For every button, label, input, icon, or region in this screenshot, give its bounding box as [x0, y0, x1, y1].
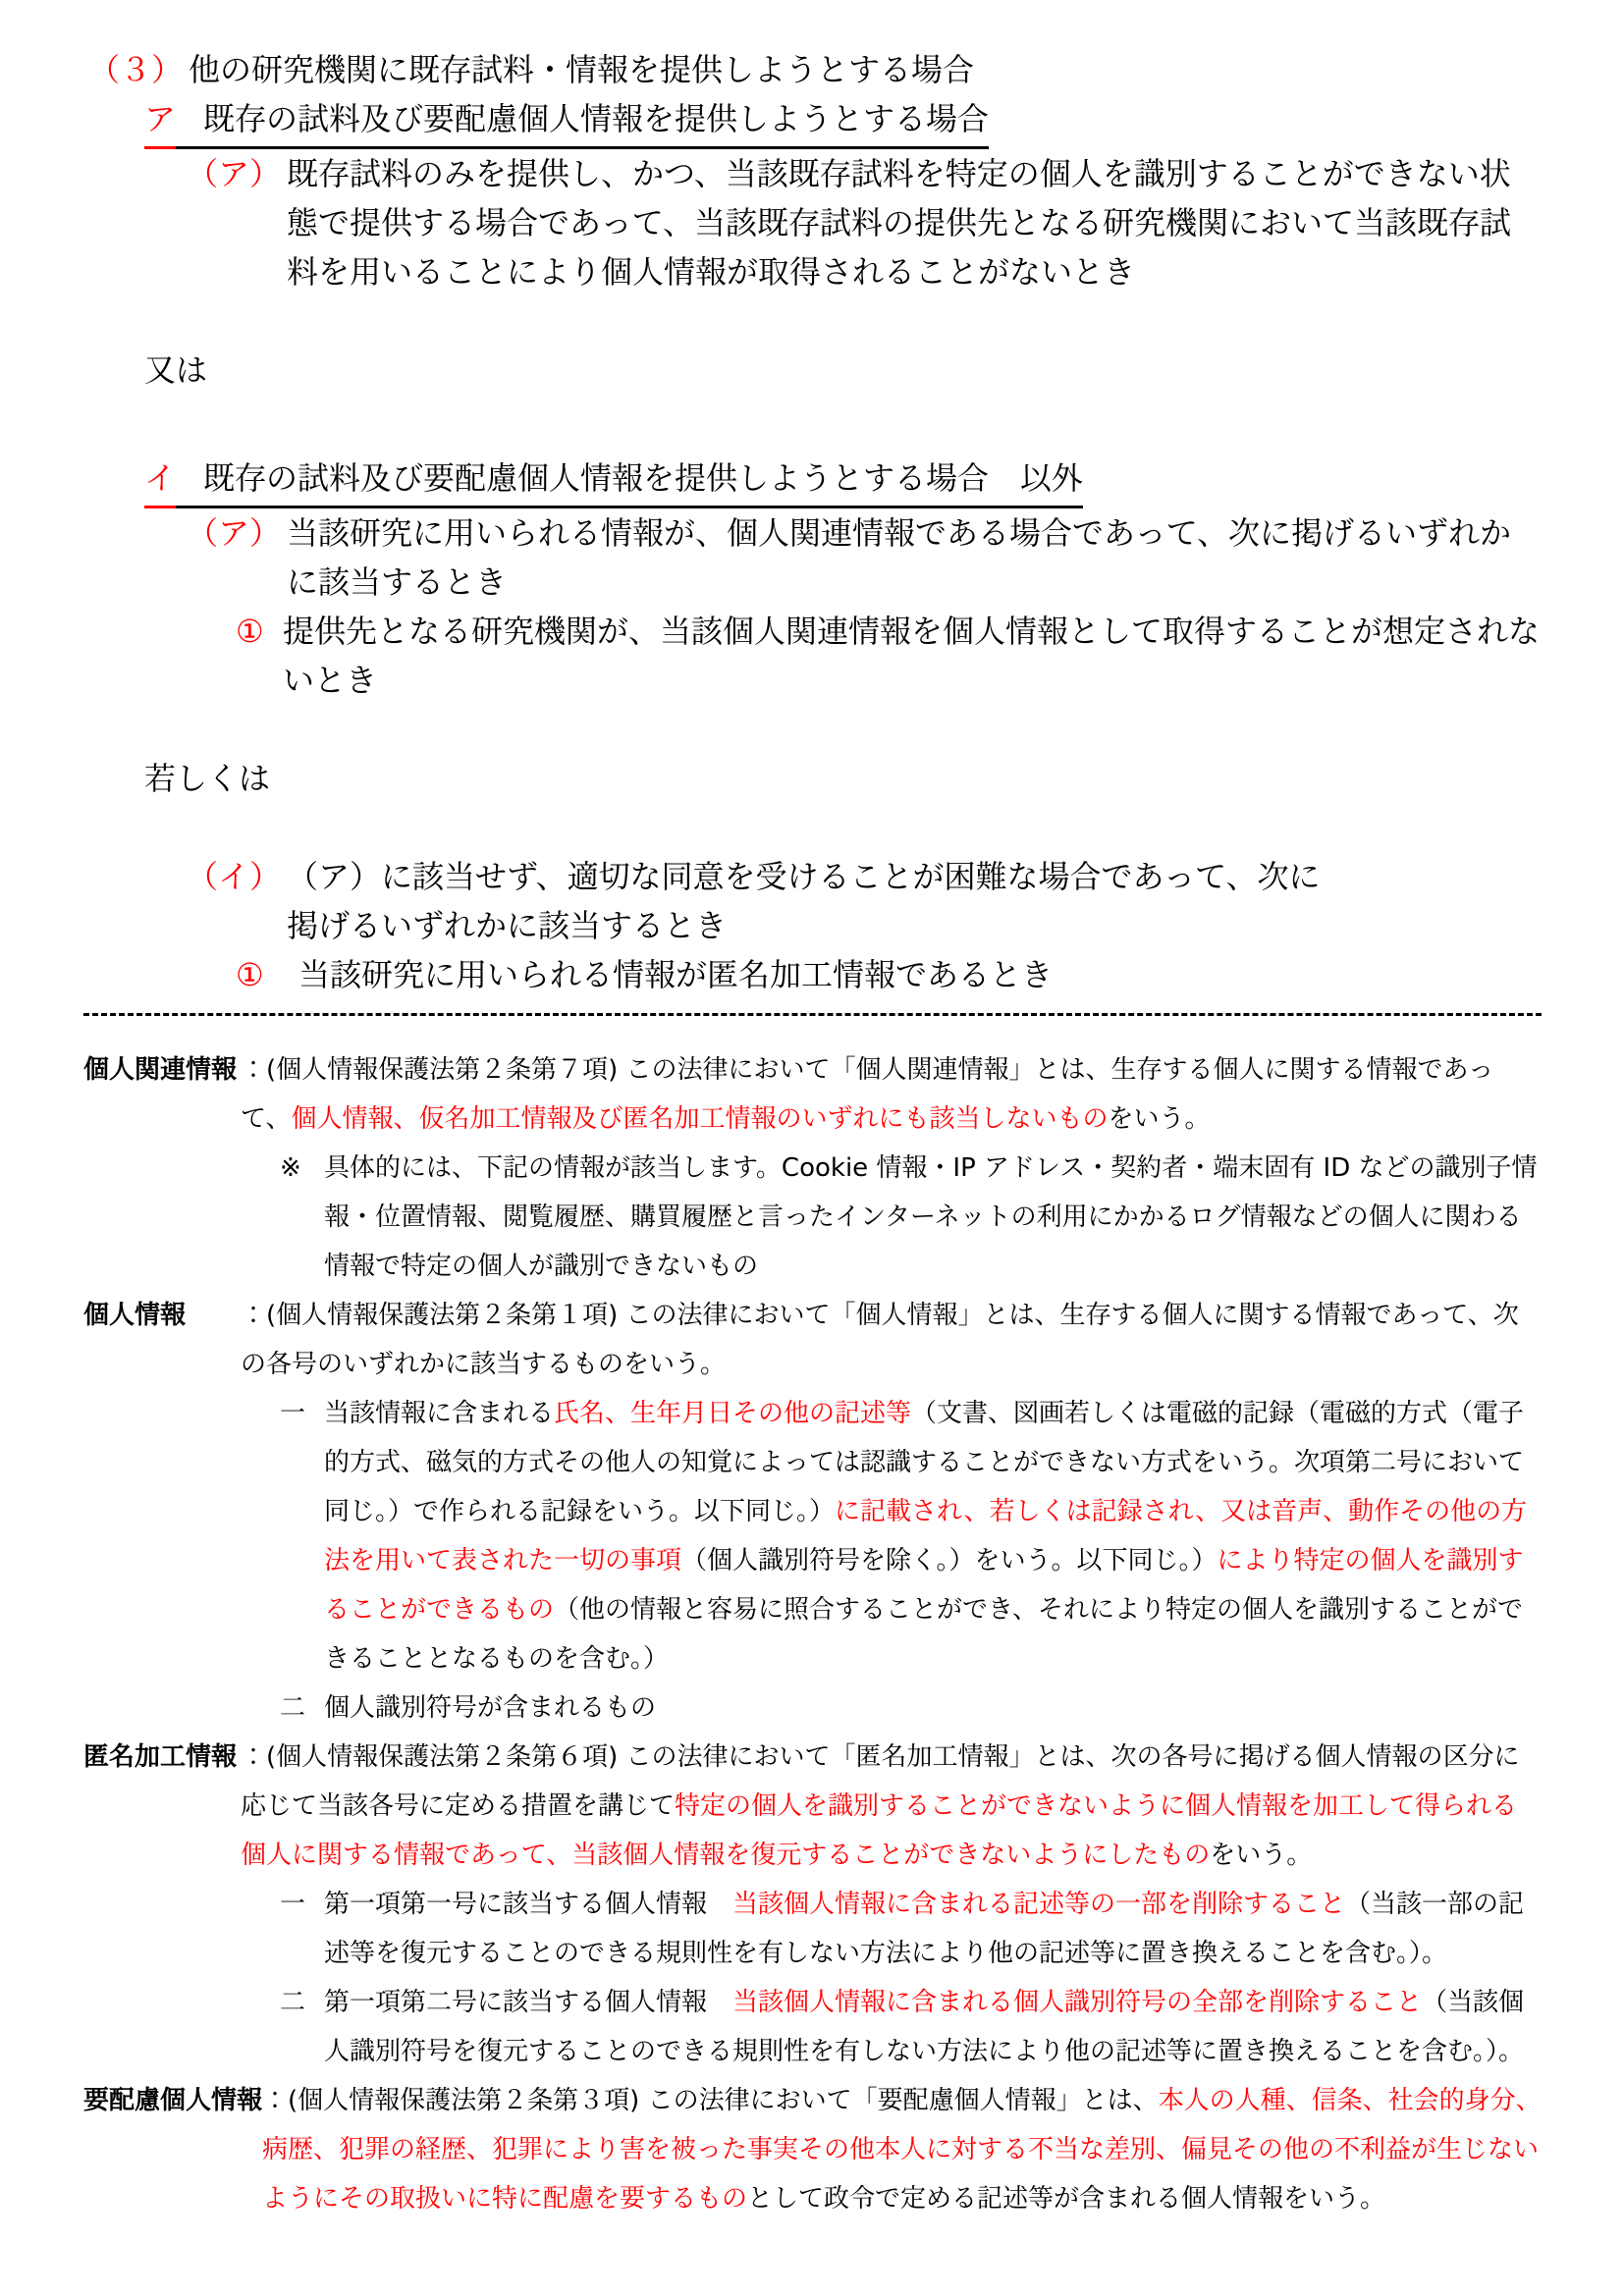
- para-i-2: （イ） （ア）に該当せず、適切な同意を受けることが困難な場合であって、次に 掲げ…: [187, 852, 1542, 950]
- heading-a: ア既存の試料及び要配慮個人情報を提供しようとする場合: [144, 94, 1542, 149]
- definition-item-1: 一 当該情報に含まれる氏名、生年月日その他の記述等（文書、図画若しくは電磁的記録…: [280, 1389, 1542, 1683]
- glossary: 個人関連情報 ：(個人情報保護法第２条第７項) この法律において「個人関連情報」…: [83, 1045, 1542, 2223]
- item-text: 第一項第一号に該当する個人情報 当該個人情報に含まれる記述等の一部を削除すること…: [324, 1880, 1542, 1978]
- para-i-1-text: 当該研究に用いられる情報が、個人関連情報である場合であって、次に掲げるいずれかに…: [287, 508, 1542, 607]
- para-a-1-text: 既存試料のみを提供し、かつ、当該既存試料を特定の個人を識別することができない状態…: [287, 149, 1542, 296]
- glossary-definition: ：(個人情報保護法第２条第１項) この法律において「個人情報」とは、生存する個人…: [241, 1291, 1542, 1733]
- definition-text: ：(個人情報保護法第２条第３項) この法律において「要配慮個人情報」とは、本人の…: [262, 2076, 1542, 2223]
- para-i-1-marker: （ア）: [187, 508, 281, 558]
- item-marker: 二: [280, 1683, 324, 1733]
- definition-item-2: 二 個人識別符号が含まれるもの: [280, 1683, 1542, 1733]
- heading-a-title: 既存の試料及び要配慮個人情報を提供しようとする場合: [176, 94, 989, 149]
- item-i-1-1-text: 提供先となる研究機関が、当該個人関連情報を個人情報として取得することが想定されな…: [283, 607, 1542, 705]
- text-segment: 具体的には、下記の情報が該当します。Cookie 情報・IP アドレス・契約者・…: [324, 1153, 1537, 1281]
- text-segment: 第一項第二号に該当する個人情報: [324, 1988, 732, 2017]
- item-i-1-1: ① 提供先となる研究機関が、当該個人関連情報を個人情報として取得することが想定さ…: [236, 607, 1542, 705]
- para-a-1-marker: （ア）: [187, 149, 281, 198]
- heading-a-marker: ア: [144, 94, 176, 149]
- text-segment: ：(個人情報保護法第２条第３項) この法律において「要配慮個人情報」とは、: [262, 2086, 1159, 2115]
- item-marker: 一: [280, 1880, 324, 1929]
- section-3-title: 他の研究機関に既存試料・情報を提供しようとする場合: [189, 45, 1542, 94]
- text-segment: 個人識別符号が含まれるもの: [324, 1693, 656, 1723]
- note-marker: ※: [280, 1144, 324, 1193]
- item-i-1-1-marker: ①: [236, 607, 283, 656]
- section-3-marker: （３）: [88, 45, 183, 94]
- definition-text: ：(個人情報保護法第２条第６項) この法律において「匿名加工情報」とは、次の各号…: [241, 1733, 1542, 1880]
- section-3-heading: （３） 他の研究機関に既存試料・情報を提供しようとする場合: [88, 45, 1542, 94]
- text-segment: をいう。: [1109, 1104, 1211, 1134]
- text-segment: として政令で定める記述等が含まれる個人情報をいう。: [747, 2184, 1385, 2214]
- glossary-definition: ：(個人情報保護法第２条第６項) この法律において「匿名加工情報」とは、次の各号…: [241, 1733, 1542, 2076]
- glossary-entry-kojinkanren: 個人関連情報 ：(個人情報保護法第２条第７項) この法律において「個人関連情報」…: [83, 1045, 1542, 1291]
- definition-text: ：(個人情報保護法第２条第７項) この法律において「個人関連情報」とは、生存する…: [241, 1045, 1542, 1144]
- dashed-separator: [83, 1013, 1542, 1016]
- text-segment: （個人識別符号を除く。）をいう。以下同じ。）: [681, 1546, 1217, 1575]
- heading-i-title: 既存の試料及び要配慮個人情報を提供しようとする場合 以外: [176, 454, 1083, 508]
- item-marker: 二: [280, 1978, 324, 2027]
- para-i-2-marker: （イ）: [187, 852, 281, 901]
- heading-i: イ既存の試料及び要配慮個人情報を提供しようとする場合 以外: [144, 454, 1542, 508]
- text-segment: 第一項第一号に該当する個人情報: [324, 1890, 732, 1919]
- glossary-note: ※ 具体的には、下記の情報が該当します。Cookie 情報・IP アドレス・契約…: [280, 1144, 1542, 1291]
- para-i-2-text: （ア）に該当せず、適切な同意を受けることが困難な場合であって、次に 掲げるいずれ…: [287, 852, 1542, 950]
- glossary-entry-yohairyo: 要配慮個人情報 ：(個人情報保護法第２条第３項) この法律において「要配慮個人情…: [83, 2076, 1542, 2223]
- glossary-definition: ：(個人情報保護法第２条第３項) この法律において「要配慮個人情報」とは、本人の…: [262, 2076, 1542, 2223]
- definition-text: ：(個人情報保護法第２条第１項) この法律において「個人情報」とは、生存する個人…: [241, 1291, 1542, 1389]
- item-text: 第一項第二号に該当する個人情報 当該個人情報に含まれる個人識別符号の全部を削除す…: [324, 1978, 1542, 2076]
- para-i-2-line-1: （ア）に該当せず、適切な同意を受けることが困難な場合であって、次に: [287, 852, 1542, 901]
- glossary-definition: ：(個人情報保護法第２条第７項) この法律において「個人関連情報」とは、生存する…: [241, 1045, 1542, 1291]
- conjunction-or-else: 若しくは: [144, 754, 1542, 803]
- definition-item-2: 二 第一項第二号に該当する個人情報 当該個人情報に含まれる個人識別符号の全部を削…: [280, 1978, 1542, 2076]
- item-i-2-1-marker: ①: [236, 950, 298, 999]
- glossary-term: 匿名加工情報: [83, 1733, 241, 1782]
- para-i-2-line-2: 掲げるいずれかに該当するとき: [287, 901, 1542, 950]
- text-segment: ：(個人情報保護法第２条第１項) この法律において「個人情報」とは、生存する個人…: [241, 1301, 1519, 1379]
- text-segment: 当該個人情報に含まれる記述等の一部を削除すること: [732, 1890, 1345, 1919]
- document-page: （３） 他の研究機関に既存試料・情報を提供しようとする場合 ア既存の試料及び要配…: [0, 0, 1624, 2296]
- glossary-entry-tokumeikako: 匿名加工情報 ：(個人情報保護法第２条第６項) この法律において「匿名加工情報」…: [83, 1733, 1542, 2076]
- glossary-term: 個人関連情報: [83, 1045, 241, 1095]
- definition-item-1: 一 第一項第一号に該当する個人情報 当該個人情報に含まれる記述等の一部を削除する…: [280, 1880, 1542, 1978]
- text-segment: 個人情報、仮名加工情報及び匿名加工情報のいずれにも該当しないもの: [291, 1104, 1108, 1134]
- text-segment: 氏名、生年月日その他の記述等: [554, 1399, 911, 1428]
- note-text: 具体的には、下記の情報が該当します。Cookie 情報・IP アドレス・契約者・…: [324, 1144, 1542, 1291]
- glossary-term: 要配慮個人情報: [83, 2076, 262, 2125]
- glossary-entry-kojinjoho: 個人情報 ：(個人情報保護法第２条第１項) この法律において「個人情報」とは、生…: [83, 1291, 1542, 1733]
- item-text: 当該情報に含まれる氏名、生年月日その他の記述等（文書、図画若しくは電磁的記録（電…: [324, 1389, 1542, 1683]
- text-segment: 当該情報に含まれる: [324, 1399, 554, 1428]
- para-a-1: （ア） 既存試料のみを提供し、かつ、当該既存試料を特定の個人を識別することができ…: [187, 149, 1542, 296]
- text-segment: 当該個人情報に含まれる個人識別符号の全部を削除すること: [732, 1988, 1422, 2017]
- para-i-1: （ア） 当該研究に用いられる情報が、個人関連情報である場合であって、次に掲げるい…: [187, 508, 1542, 607]
- item-text: 個人識別符号が含まれるもの: [324, 1683, 1542, 1733]
- conjunction-or: 又は: [144, 346, 1542, 395]
- item-i-2-1-text: 当該研究に用いられる情報が匿名加工情報であるとき: [298, 950, 1542, 999]
- section-3: （３） 他の研究機関に既存試料・情報を提供しようとする場合 ア既存の試料及び要配…: [88, 45, 1542, 999]
- item-i-2-1: ① 当該研究に用いられる情報が匿名加工情報であるとき: [236, 950, 1542, 999]
- text-segment: をいう。: [1210, 1841, 1312, 1870]
- heading-i-marker: イ: [144, 454, 176, 508]
- glossary-term: 個人情報: [83, 1291, 241, 1340]
- item-marker: 一: [280, 1389, 324, 1438]
